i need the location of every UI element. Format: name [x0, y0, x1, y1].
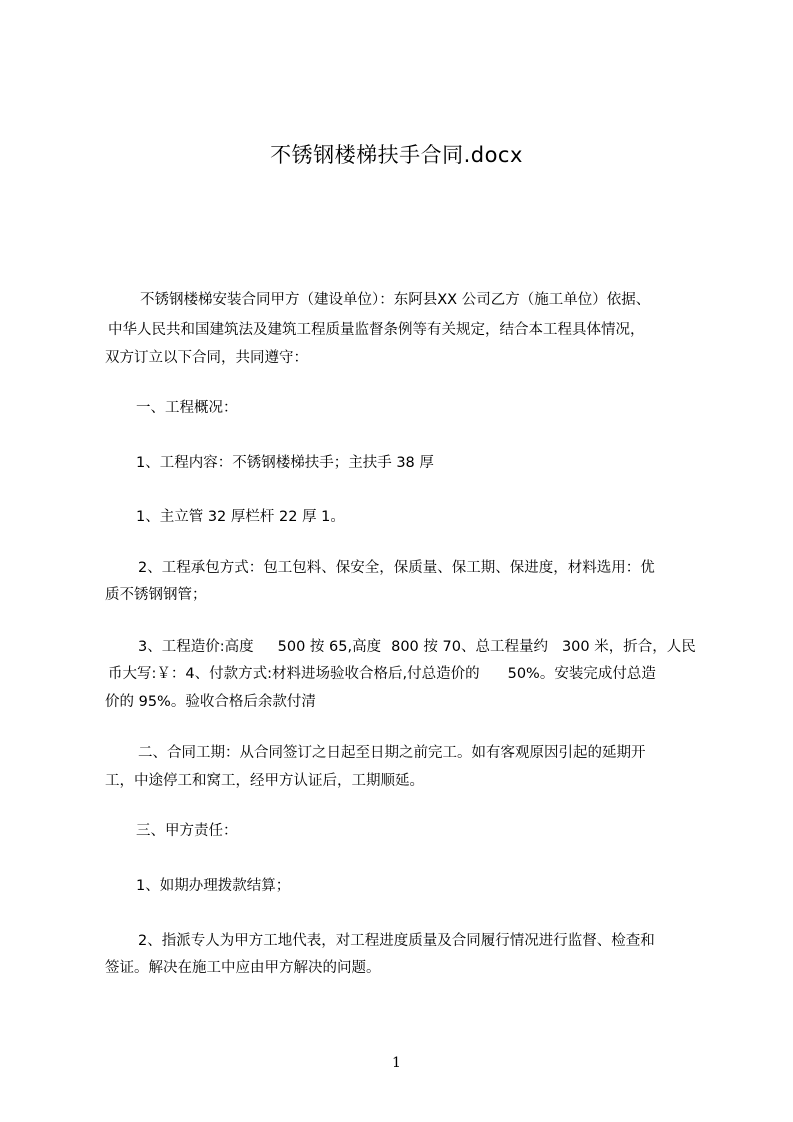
item-1-content: 1、工程内容：不锈钢楼梯扶手；主扶手 38 厚	[136, 453, 434, 473]
item-3-line-1: 3、工程造价:高度500 按 65,高度800 按 70、总工程量约300 米，…	[138, 637, 696, 657]
item-3-line-2-a: 币大写:￥：4、付款方式:材料进场验收合格后,付总造价的	[108, 666, 480, 682]
item-3-line-1-c: 800 按 70、总工程量约	[391, 639, 548, 655]
section-3-item-2-line-2: 签证。解决在施工中应由甲方解决的问题。	[105, 958, 381, 978]
intro-line-3: 双方订立以下合同，共同遵守：	[105, 348, 308, 368]
document-title: 不锈钢楼梯扶手合同.docx	[0, 140, 793, 170]
item-2-line-2: 质不锈钢钢管；	[105, 585, 207, 605]
intro-line-2: 中华人民共和国建筑法及建筑工程质量监督条例等有关规定，结合本工程具体情况，	[108, 320, 645, 340]
section-2-line-2: 工，中途停工和窝工，经甲方认证后，工期顺延。	[105, 771, 424, 791]
item-3-line-1-b: 500 按 65,高度	[278, 639, 381, 655]
item-3-line-1-d: 300 米，折合，人民	[562, 639, 696, 655]
item-3-line-1-a: 3、工程造价:高度	[138, 639, 254, 655]
section-2-line-1: 二、合同工期：从合同签订之日起至日期之前完工。如有客观原因引起的延期开	[138, 743, 646, 763]
page-number: 1	[0, 1055, 793, 1071]
section-1-heading: 一、工程概况：	[136, 398, 238, 418]
item-2-line-1: 2、工程承包方式：包工包料、保安全，保质量、保工期、保进度，材料选用：优	[138, 558, 655, 578]
section-3-heading: 三、甲方责任：	[136, 821, 238, 841]
item-3-line-2: 币大写:￥：4、付款方式:材料进场验收合格后,付总造价的50%。安装完成付总造	[108, 664, 656, 684]
item-3-line-2-b: 50%。安装完成付总造	[508, 666, 656, 682]
intro-line-1: 不锈钢楼梯安装合同甲方（建设单位）：东阿县XX 公司乙方（施工单位）依据、	[140, 290, 650, 310]
document-page: 不锈钢楼梯扶手合同.docx 不锈钢楼梯安装合同甲方（建设单位）：东阿县XX 公…	[0, 0, 793, 1122]
section-3-item-2-line-1: 2、指派专人为甲方工地代表，对工程进度质量及合同履行情况进行监督、检查和	[138, 931, 655, 951]
item-1-pipe: 1、主立管 32 厚栏杆 22 厚 1。	[136, 507, 345, 527]
section-3-item-1: 1、如期办理拨款结算；	[136, 876, 290, 896]
item-3-line-3: 价的 95%。验收合格后余款付清	[105, 692, 316, 712]
